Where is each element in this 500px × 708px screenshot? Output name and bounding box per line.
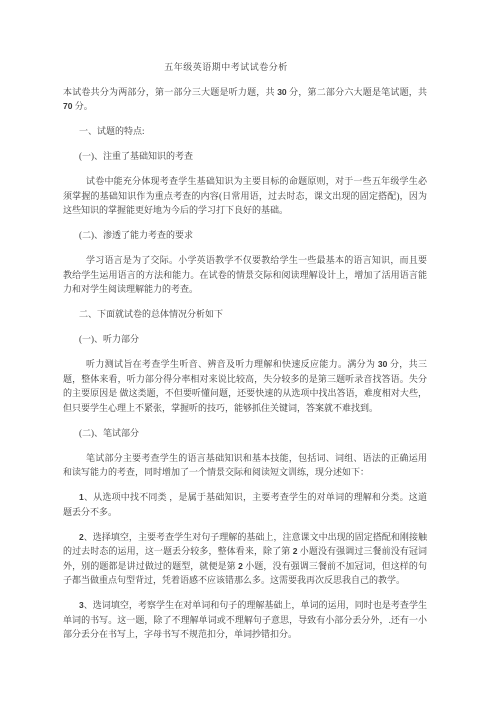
document-title: 五年级英语期中考试试卷分析 xyxy=(63,60,427,75)
subheading-written-section: (二)、笔试部分 xyxy=(63,426,427,441)
document-body: 五年级英语期中考试试卷分析 本试卷共分为两部分，第一部分三大题是听力题，共 30… xyxy=(63,60,427,652)
heading-overall-analysis: 二、下面就试卷的总体情况分析如下 xyxy=(63,307,427,322)
subheading-listening-section: (一)、听力部分 xyxy=(63,332,427,347)
paragraph-basic-knowledge: 试卷中能充分体现考查学生基础知识为主要目标的命题原则，对于一些五年级学生必须掌握… xyxy=(63,174,427,218)
intro-paragraph: 本试卷共分为两部分，第一部分三大题是听力题，共 30 分，第二部分六大题是笔试题… xyxy=(63,85,427,114)
subheading-basic-knowledge: (一)、注重了基础知识的考查 xyxy=(63,149,427,164)
item-1-word-classification: 1、从选项中找不同类 ，是属于基础知识，主要考查学生的对单词的理解和分类。这道题… xyxy=(63,490,427,519)
paragraph-listening-analysis: 听力测试旨在考查学生听音、辨音及听力理解和快速反应能力。满分为 30 分，共三题… xyxy=(63,357,427,415)
paragraph-ability-requirements: 学习语言是为了交际。小学英语教学不仅要教给学生一些最基本的语言知识，而且要教给学… xyxy=(63,253,427,297)
item-3-word-fill: 3、选词填空，考察学生在对单词和句子的理解基础上，单词的运用，同时也是考查学生单… xyxy=(63,598,427,642)
heading-question-features: 一、试题的特点: xyxy=(63,124,427,139)
paragraph-written-overview: 笔试部分主要考查学生的语言基础知识和基本技能，包括词、词组、语法的正确运用和读写… xyxy=(63,451,427,480)
item-2-multiple-choice: 2、选择填空，主要考查学生对句子理解的基础上，注意课文中出现的固定搭配和刚接触的… xyxy=(63,530,427,588)
subheading-ability-requirements: (二)、渗透了能力考查的要求 xyxy=(63,228,427,243)
document-page: 五年级英语期中考试试卷分析 本试卷共分为两部分，第一部分三大题是听力题，共 30… xyxy=(0,0,500,708)
